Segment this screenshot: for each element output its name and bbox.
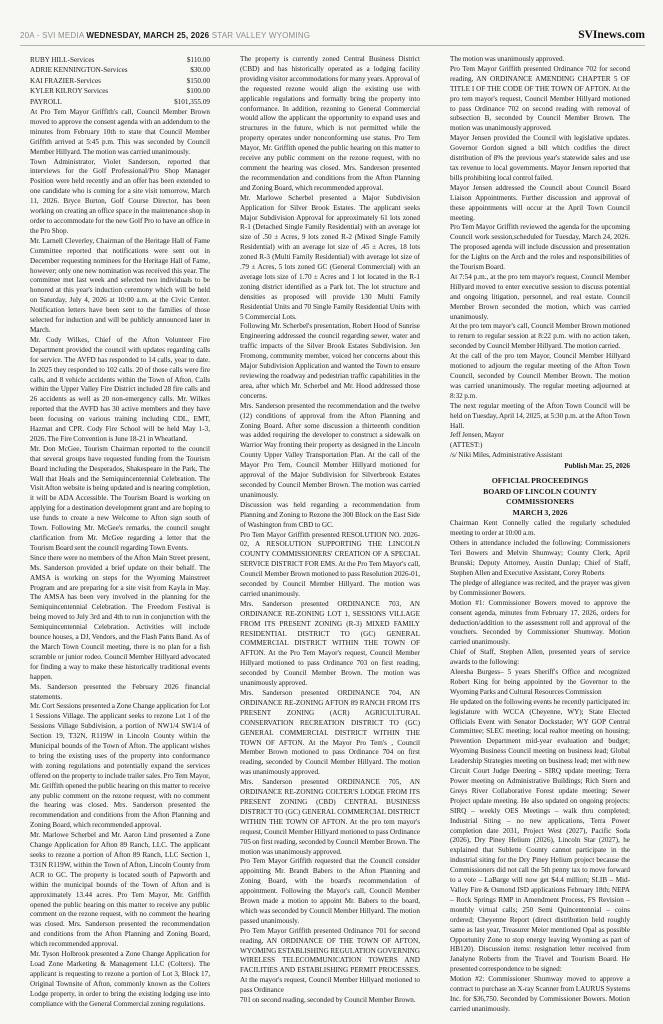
paragraph: Following Mr. Scherbel's presentation, R… [240, 322, 420, 401]
signature-line: Jeff Jensen, Mayor [450, 431, 630, 441]
payment-row: PAYROLL $101,355.09 [30, 97, 210, 107]
paragraph: Mr. Cort Sessions presented a Zone Chang… [30, 702, 210, 831]
payment-row: KAI FRAZIER-Services $150.00 [30, 76, 210, 86]
paragraph: Mrs. Sanderson presented ORDINANCE 705, … [240, 778, 420, 857]
signature-block: Jeff Jensen, Mayor(ATTEST:)/s/ Niki Mile… [450, 431, 630, 461]
paragraph: Mr. Don McGee, Tourism Chairman reported… [30, 445, 210, 554]
column-3: The motion was unanimously approved.Pro … [450, 55, 630, 1013]
payment-amount: $30.00 [190, 65, 210, 75]
paragraph: Mr. Larnell Cleverley, Chairman of the H… [30, 237, 210, 336]
paragraph: The motion was unanimously approved. [450, 55, 630, 65]
payment-amount: $150.00 [187, 76, 210, 86]
proceedings-heading: OFFICIAL PROCEEDINGS BOARD OF LINCOLN CO… [450, 476, 630, 518]
paragraph: At the pro tem mayor's call, Council Mem… [450, 322, 630, 352]
column-1: RUBY HILL-Services $110.00 ADRIE KENNING… [30, 55, 210, 1013]
signature-line: /s/ Niki Miles, Administrative Assistant [450, 451, 630, 461]
paragraph: Pro Tem Mayor Griffith presented Ordinan… [450, 65, 630, 134]
page-header: 20A - SVI MEDIA WEDNESDAY, MARCH 25, 202… [20, 29, 645, 41]
paragraph: At Pro Tem Mayor Griffith's call, Counci… [30, 108, 210, 158]
paragraph: Pro Tem Mayor Griffith requested that th… [240, 857, 420, 926]
paragraph: Chairman Kent Connelly called the regula… [450, 519, 630, 539]
paragraph: The pledge of allegiance was recited, an… [450, 579, 630, 599]
column-3-bottom-paragraphs: Chairman Kent Connelly called the regula… [450, 519, 630, 1013]
header-edition: 20A - SVI MEDIA [20, 31, 86, 40]
payments-list: RUBY HILL-Services $110.00 ADRIE KENNING… [30, 55, 210, 107]
paragraph: At 7:54 p.m., at the pro tem mayor's req… [450, 273, 630, 323]
payment-label: PAYROLL [30, 97, 62, 107]
paragraph: At the call of the pro tem Mayor, Counci… [450, 352, 630, 402]
column-3-top-paragraphs: The motion was unanimously approved.Pro … [450, 55, 630, 431]
paragraph: Mr. Marlowe Scherbel presented a Major S… [240, 194, 420, 323]
publish-date-line: Publish Mar. 25, 2026 [450, 462, 630, 472]
payment-amount: $101,355.09 [174, 97, 210, 107]
paragraph: Mr. Cody Wilkes, Chief of the Afton Volu… [30, 336, 210, 445]
payment-label: KAI FRAZIER-Services [30, 76, 101, 86]
column-2-paragraphs: The property is currently zoned Central … [240, 55, 420, 1006]
paragraph: The property is currently zoned Central … [240, 55, 420, 194]
signature-line: (ATTEST:) [450, 441, 630, 451]
paragraph: Ms. Sanderson presented the February 202… [30, 683, 210, 703]
paragraph: Aleesha Burgess– 5 years Sheriff's Offic… [450, 668, 630, 698]
paragraph: Pro Tem Mayor Griffith presented Ordinan… [240, 927, 420, 996]
paragraph: The next regular meeting of the Afton To… [450, 402, 630, 432]
paragraph: Chief of Staff, Stephen Allen, presented… [450, 648, 630, 668]
paragraph: He updated on the following events he re… [450, 698, 630, 975]
paragraph: Pro Tem Mayor Griffith presented RESOLUT… [240, 531, 420, 600]
column-2: The property is currently zoned Central … [240, 55, 420, 1013]
paragraph: Town Administrator, Violet Sanderson, re… [30, 158, 210, 237]
article-content: RUBY HILL-Services $110.00 ADRIE KENNING… [30, 55, 630, 1013]
paragraph: Mrs. Sanderson presented the recommendat… [240, 402, 420, 501]
header-region: STAR VALLEY WYOMING [209, 31, 310, 40]
payment-amount: $110.00 [187, 55, 210, 65]
payment-label: KYLER KILROY Services [30, 86, 108, 96]
paragraph: Since there were no members of the Afton… [30, 554, 210, 683]
payment-row: ADRIE KENNINGTON-Services $30.00 [30, 65, 210, 75]
header-site-name: SVInews.com [578, 29, 645, 41]
payment-label: ADRIE KENNINGTON-Services [30, 65, 128, 75]
paragraph: 701 on second reading, seconded by Counc… [240, 996, 420, 1006]
paragraph: Mrs. Sanderson presented ORDINANCE 704, … [240, 689, 420, 778]
paragraph: Mayor Jensen provided the Council with l… [450, 134, 630, 184]
paragraph: Mayor Jensen addressed the Council about… [450, 184, 630, 224]
proceedings-heading-line-1: OFFICIAL PROCEEDINGS [450, 476, 630, 487]
column-1-paragraphs: At Pro Tem Mayor Griffith's call, Counci… [30, 108, 210, 1009]
proceedings-heading-line-2: BOARD OF LINCOLN COUNTY COMMISSIONERS [450, 487, 630, 508]
paragraph: Discussion was held regarding a recommen… [240, 501, 420, 531]
paragraph: Mrs. Sanderson presented ORDINANCE 703, … [240, 600, 420, 689]
payment-row: RUBY HILL-Services $110.00 [30, 55, 210, 65]
paragraph: Mr. Tyson Holbrook presented a Zone Chan… [30, 950, 210, 1009]
paragraph: Others in attendance included the follow… [450, 539, 630, 579]
proceedings-heading-line-3: MARCH 3, 2026 [450, 508, 630, 519]
payment-row: KYLER KILROY Services $100.00 [30, 86, 210, 96]
payment-label: RUBY HILL-Services [30, 55, 94, 65]
paragraph: Mr. Marlowe Scherbel and Mr. Aaron Lind … [30, 831, 210, 950]
paragraph: Motion #2: Commissioner Shumway moved to… [450, 975, 630, 1013]
paragraph: Motion #1: Commissioner Bowers moved to … [450, 599, 630, 649]
payment-amount: $100.00 [187, 86, 210, 96]
paragraph: Pro Tem Mayor Griffith reviewed the agen… [450, 223, 630, 273]
header-date: WEDNESDAY, MARCH 25, 2026 [86, 31, 209, 40]
header-edition-line: 20A - SVI MEDIA WEDNESDAY, MARCH 25, 202… [20, 31, 310, 40]
header-rule [20, 45, 645, 46]
newspaper-page: 20A - SVI MEDIA WEDNESDAY, MARCH 25, 202… [0, 0, 663, 1024]
